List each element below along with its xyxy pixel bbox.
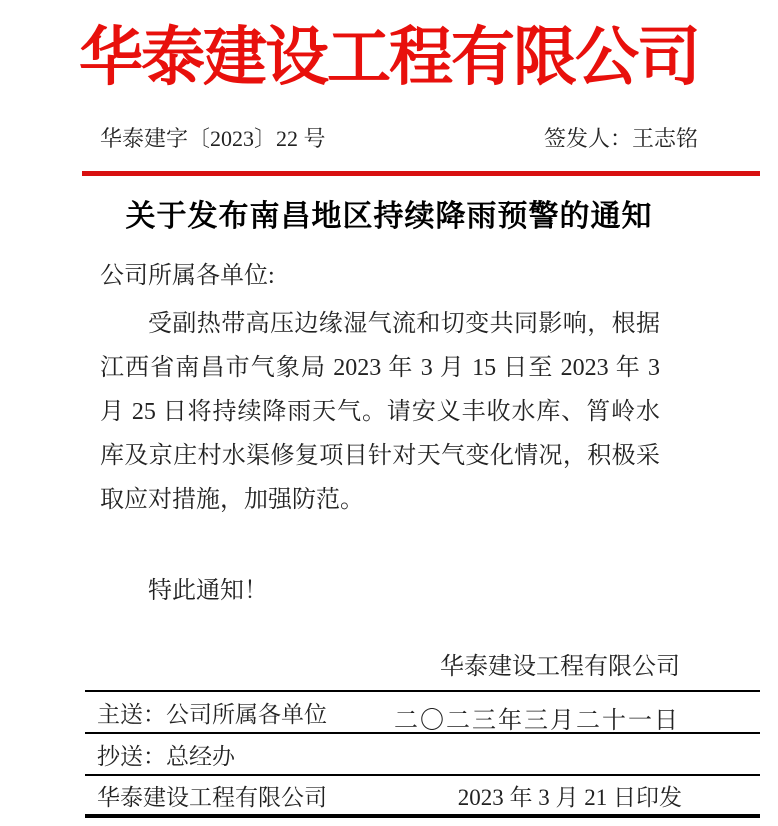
- red-divider-rule: [82, 171, 760, 176]
- copy-recipient-label: 抄送：: [97, 738, 166, 771]
- main-recipient-label: 主送：: [97, 696, 166, 729]
- footer-row-issuing: 华泰建设工程有限公司 2023 年 3 月 21 日印发: [85, 776, 760, 818]
- copy-recipient-value: 总经办: [166, 738, 235, 771]
- letterhead-company-name: 华泰建设工程有限公司: [0, 2, 778, 114]
- footer-row-copy-recipient: 抄送： 总经办: [85, 734, 760, 776]
- footer-row-main-recipient: 主送： 公司所属各单位: [85, 692, 760, 734]
- document-number: 华泰建字〔2023〕22 号: [100, 122, 326, 153]
- issuer-name: 王志铭: [632, 126, 698, 151]
- document-page: 华泰建设工程有限公司 华泰建字〔2023〕22 号 签发人：王志铭 关于发布南昌…: [0, 0, 778, 826]
- issuing-org: 华泰建设工程有限公司: [97, 779, 327, 812]
- document-info-row: 华泰建字〔2023〕22 号 签发人：王志铭: [100, 122, 698, 153]
- signature-company: 华泰建设工程有限公司: [0, 647, 680, 687]
- main-recipient-value: 公司所属各单位: [166, 696, 327, 729]
- notice-title: 关于发布南昌地区持续降雨预警的通知: [0, 191, 778, 235]
- issuer-label: 签发人：: [544, 126, 632, 151]
- issuer-field: 签发人：王志铭: [544, 122, 698, 153]
- notice-body-paragraph: 受副热带高压边缘湿气流和切变共同影响，根据江西省南昌市气象局 2023 年 3 …: [100, 302, 660, 522]
- routing-footer-table: 主送： 公司所属各单位 抄送： 总经办 华泰建设工程有限公司 2023 年 3 …: [85, 690, 760, 818]
- closing-line: 特此通知！: [100, 570, 660, 605]
- salutation: 公司所属各单位:: [100, 255, 660, 290]
- print-date: 2023 年 3 月 21 日印发: [458, 779, 682, 812]
